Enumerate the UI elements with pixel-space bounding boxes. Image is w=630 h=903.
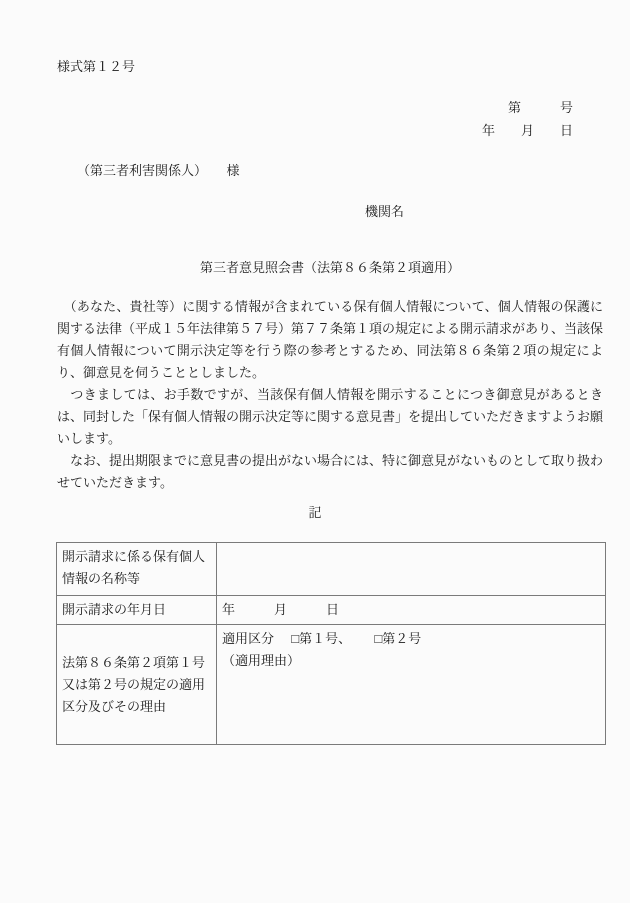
category-value-cell: 適用区分 □第１号、 □第２号 （適用理由） xyxy=(217,625,606,745)
table-row-subject: 開示請求に係る保有個人情報の名称等 xyxy=(57,543,606,596)
subject-label-cell: 開示請求に係る保有個人情報の名称等 xyxy=(57,543,217,596)
category-options-label: 適用区分 xyxy=(222,631,274,646)
form-number: 様式第１２号 xyxy=(57,56,135,78)
section-marker-ki: 記 xyxy=(0,502,630,524)
paragraph-opinion-request: つきましては、お手数ですが、当該保有個人情報を開示することにつき御意見があるとき… xyxy=(57,384,603,450)
subject-value-cell xyxy=(217,543,606,596)
option-2-label: 第２号 xyxy=(382,631,421,646)
category-label-cell: 法第８６条第２項第１号又は第２号の規定の適用区分及びその理由 xyxy=(57,625,217,745)
document-page: 様式第１２号 第 号 年 月 日 （第三者利害関係人） 様 機関名 第三者意見照… xyxy=(0,0,630,903)
date-line: 年 月 日 xyxy=(482,120,573,142)
body-text: （あなた、貴社等）に関する情報が含まれている保有個人情報について、個人情報の保護… xyxy=(57,296,603,494)
category-options-line: 適用区分 □第１号、 □第２号 xyxy=(222,628,600,650)
agency-name-label: 機関名 xyxy=(365,201,404,223)
paragraph-deadline-note: なお、提出期限までに意見書の提出がない場合には、特に御意見がないものとして取り扱… xyxy=(57,450,603,494)
checkbox-icon: □ xyxy=(291,631,299,646)
option-2: □第２号 xyxy=(374,631,421,646)
info-table: 開示請求に係る保有個人情報の名称等 開示請求の年月日 年 月 日 法第８６条第２… xyxy=(56,542,606,745)
option-1-label: 第１号、 xyxy=(299,631,351,646)
document-number-line: 第 号 xyxy=(508,97,573,119)
addressee-line: （第三者利害関係人） 様 xyxy=(77,160,240,182)
table-row-category: 法第８６条第２項第１号又は第２号の規定の適用区分及びその理由 適用区分 □第１号… xyxy=(57,625,606,745)
option-1: □第１号、 xyxy=(291,631,351,646)
document-title: 第三者意見照会書（法第８６条第２項適用） xyxy=(57,257,603,279)
category-reason-label: （適用理由） xyxy=(222,650,600,672)
table-row-request-date: 開示請求の年月日 年 月 日 xyxy=(57,596,606,625)
request-date-label-cell: 開示請求の年月日 xyxy=(57,596,217,625)
paragraph-request-notice: （あなた、貴社等）に関する情報が含まれている保有個人情報について、個人情報の保護… xyxy=(57,296,603,384)
request-date-value-cell: 年 月 日 xyxy=(217,596,606,625)
